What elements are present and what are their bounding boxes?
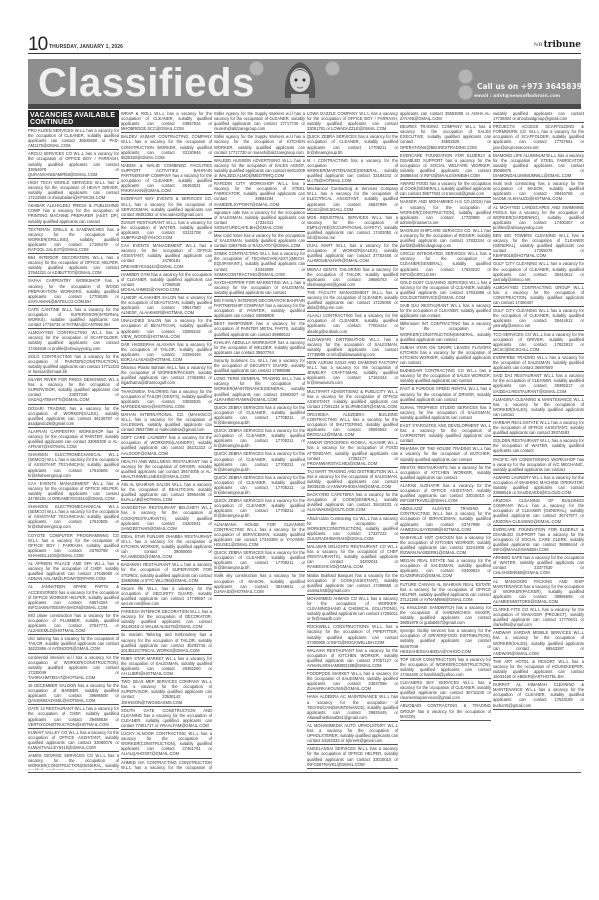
classified-ad: AIN AL BAHRAIN SALON W.L.L has a vacancy… (121, 481, 212, 504)
classified-ad: MOHAMMED AHMADI CO W.L.L has a vacancy f… (307, 595, 398, 623)
classified-ad: SUBAH STAR ON GRAPE LEAVES FLAVORS KITCH… (400, 344, 491, 367)
classified-ad: ALNAMANA HOUSE FOR CLEANING CONTRACTING … (214, 521, 305, 549)
classified-ad: QUICK ZEBRA SERVICES has a vacancy for t… (214, 474, 305, 497)
classified-ad: ALMOAYYED CONTRACTING GROUP W.L.L has a … (493, 284, 584, 307)
classifieds-banner: Classifieds Call us on +973 36458394 ema… (28, 59, 581, 106)
classified-ad: AL MOHAMMEDIA AUTO UPHOLSTERY W.L.L has … (307, 722, 398, 745)
ad-list: suitably qualified applicants can contac… (493, 110, 584, 710)
classified-ad: RAFEDIN CITY WORKSHOP W.L.L has a vacanc… (214, 180, 305, 208)
phone-number: Call us on +973 36458394 (477, 82, 581, 91)
classified-ad: AL AFREEN PALACE AND SPA W.L.L has a vac… (28, 560, 119, 583)
classified-ad: SAFAA CARPENTRY WORKSHOP has a vacancy f… (28, 277, 119, 305)
classified-ad: HEALTH AND WELLNESS RESTAURANT has a vac… (121, 458, 212, 481)
classified-ad: AHMED ISA CONTRACTING CONSTRUCTION W.L.L… (121, 759, 212, 771)
classified-ad: multi tech contracting has a vacancy for… (493, 180, 584, 203)
classified-ad: WALEED HUSSEIN ADVERTISING W.L.L has a v… (214, 157, 305, 180)
classified-ad: SAID DAJ RESTAURANT W.L.L has a vacancy … (493, 372, 584, 395)
ad-list: LOWA DAZZLE COMPANY W.L.L has a vacancy … (307, 110, 398, 770)
column-3: Stiller Agency for the Supply Workers w.… (214, 110, 305, 770)
classified-ad: JAMES GEORGE SERVICES CO W.L.L has a vac… (28, 752, 119, 770)
classified-ad: AL KHULDAEI SANDWITCH has a vacancy for … (400, 604, 491, 627)
classified-ad: DIAMOND LIFE ALUMINUM W.L.L has a vacanc… (493, 152, 584, 180)
classified-ad: PACIFIC AIR CONDITIONING WORKSHOP has a … (493, 456, 584, 474)
tribune-logo: NBtribune (534, 40, 581, 50)
classified-ad: M I CONTRACTING has a vacancy for the oc… (307, 157, 398, 185)
classified-ad: continental interiors w.l.l has a vacanc… (28, 654, 119, 682)
classified-ad: QUICK ZEBRA SERVICES has a vacancy for t… (214, 450, 305, 473)
classified-ad: GOLD DUST CLEANING SERVICES W.L.L has a … (400, 279, 491, 302)
ad-list: applicants can contact 35552809 or AISHA… (400, 110, 491, 721)
classified-ad: DURRAT AL HIMAMAH CLEANING & MAINTENANCE… (493, 681, 584, 709)
mail-icon (249, 61, 264, 76)
classified-ad: SILVER RIVER FOR RINGS DESIGNING W.L.L h… (28, 376, 119, 404)
logo-text: tribune (544, 40, 581, 50)
classified-ad: PRO KLEEN SERVICES W.L.L has a vacancy f… (28, 127, 119, 150)
classified-ad: applicants can contact 35552809 or AISHA… (400, 110, 491, 123)
classified-ad: NASSER AND MOHAMMED H.S CO.(2015) has a … (400, 198, 491, 226)
classified-ad: FAST & FURIOUS SPEED RENTAL W.L.L has a … (400, 385, 491, 403)
classified-ad: TWO SEAS MEP SERVICES COMPANY W.L.L has … (121, 678, 212, 706)
section-heading: VACANCIES AVAILABLE CONTINUED (28, 110, 119, 127)
classifieds-columns: VACANCIES AVAILABLE CONTINUED PRO KLEEN … (28, 110, 581, 770)
classified-ad: COYOTE COMPUTER PROGRAMMING CO W.L.L has… (28, 532, 119, 560)
bottom-divider (28, 772, 581, 773)
classified-ad: SOLO CONTRACTING has a vacancy for the o… (28, 353, 119, 376)
classified-ad: TOP GEAR CONSTRUCTION has a vacancy for … (400, 656, 491, 679)
classified-ad: THE ART HOTEL & RESORT W.L.L has a vacan… (493, 658, 584, 681)
classified-ad: SUHAIL TROPHIES STUDIO SERVICES has a va… (400, 404, 491, 422)
chat-icon (458, 69, 473, 84)
classified-ad: GOLDEN RESTAURANT W.L.L has a vacancy fo… (493, 437, 584, 455)
classified-ad: ABUOBAID CONTRACTING & TRADING GROUP has… (400, 702, 491, 720)
classified-ad: MALABAR DELIGHTS RESTAURANT CO W.L.L has… (307, 543, 398, 571)
classified-ad: TAJ MART TRADING AND DISTRIBUTION W.L.L … (307, 468, 398, 491)
classified-ad: QUICK ZEBRA SERVICES has a vacancy for t… (214, 549, 305, 572)
classified-ad: Dhamco Plastic Bahrain W.L.L has a vacan… (121, 364, 212, 387)
classified-ad: Security Solutions Co. W.L.L has a vacan… (214, 357, 305, 375)
classified-ad: TEXTERAN GRILLS & SANDWICHES has a vacan… (28, 226, 119, 254)
email-address: email : advt@newsofbahrain.com (474, 94, 560, 99)
classified-ad: Mechanical Contracting & Services Compan… (307, 185, 398, 213)
classified-ad: EVERFREE TRADING W.L.L has a vacancy for… (493, 354, 584, 372)
classified-ad: HARBAR REAL ESTATE W.L.L has a vacancy f… (493, 419, 584, 437)
classified-ad: NASHVILLE HOT CHICKEN has a vacancy for … (400, 534, 491, 557)
classified-ad: BIG FAMILY INTERIOR DECORATION BAHRAIN P… (214, 297, 305, 320)
section-title-line1: VACANCIES AVAILABLE (30, 112, 117, 119)
classified-ad: MULTIPART ADVERTISING & PUBLICITY W.L.L … (307, 388, 398, 411)
classified-ad: SHAHEEN ELECTROMECHANICAL W.L.L (SEMCO) … (28, 503, 119, 531)
classified-ad: GULF CITY CLEANING W.L.L has a vacancy f… (493, 260, 584, 283)
classified-ad: THAKOWEIA TAILORING has a vacancy for th… (121, 388, 212, 411)
classified-ad: PROJECTS ACCESS SCAFFOLDING & FORMWORK C… (493, 123, 584, 151)
classified-ad: BEN EID TOWERS CLEANING W.L.L has a vaca… (493, 232, 584, 260)
classified-ad: BACKYARD CAFETERIA has a vacancy for the… (307, 491, 398, 514)
classified-ad: QUICK ZEBRA SERVICES has a vacancy for t… (214, 497, 305, 520)
classified-ad: TCO SERVICES CO W.L.L has a vacancy for … (493, 331, 584, 354)
column-2: WRAP & ROLL W.L.L has a vacancy for the … (121, 110, 212, 770)
classified-ad: ABDULAZIZ ALSAYED TRADING & CONTRACTING … (400, 505, 491, 533)
classified-ad: signature cafe has a vacancy for the occ… (214, 209, 305, 232)
classified-ad: chic tailoring has a vacancy for the occ… (28, 635, 119, 653)
classified-ad: CAA EVENTS MANAGEMENT W.L.L has a vacanc… (28, 480, 119, 503)
classified-ad: ALWARD LAUNDRY W.L.L has a vacancy for t… (493, 474, 584, 497)
classified-ad: MAHAN INTERNATIONAL CO. (MAHANCO) W.L.L … (121, 411, 212, 434)
page-header: 10 THURSDAY, JANUARY 1, 2026 NBtribune (28, 36, 581, 54)
classified-ad: ROCKWELL CONSTRUCTIONS W.L.L has a vacan… (307, 623, 398, 646)
classified-ad: SAIB DAJ RESTAURANT W.L.L has a vacancy … (400, 302, 491, 320)
classified-ad: WESTIX RESTAURANTS has a vacancy for the… (400, 464, 491, 482)
classified-ad: HIGH TECH WORLD SERVICES W.L.L has a vac… (28, 179, 119, 202)
classified-ad: Mallas Bukhaid Banquet has a vacancy for… (307, 572, 398, 595)
classified-ad: Secure life W.L.L has a vacancy for the … (121, 585, 212, 608)
classified-ad: BUDIEDAIR CONTRACTING CO W.L.L has a vac… (400, 367, 491, 385)
classified-ad: ANDWAR SARDAR MOBILE SERVICES W.L.L has … (493, 629, 584, 657)
classified-ad: CLEANERS BAY SERVICES W.L.L has a vacanc… (400, 679, 491, 702)
column-5: applicants can contact 35552809 or AISHA… (400, 110, 491, 770)
classified-ad: ALMADINA CLEANING & MAINTENANCE W.L.L ha… (493, 396, 584, 419)
classified-ad: ALDAWSARI DISTRIBUTION W.L.L has a vacan… (307, 336, 398, 359)
classified-ad: suitably qualified applicants can contac… (493, 110, 584, 123)
classified-ad: CIRCLE INTEGRATED SERVICES W.L.L has a v… (400, 250, 491, 278)
classified-ad: SHAHEEN ELECTROMECHANICAL W.L.L (SEMCO) … (28, 451, 119, 479)
column-1: VACANCIES AVAILABLE CONTINUED PRO KLEEN … (28, 110, 119, 770)
classified-ad: AKHBAR ALKHALEEJ PRESS & PUBLISHING COMP… (28, 202, 119, 225)
classified-ad: ALARAB ALDHAFIR has a vacancy for the oc… (400, 482, 491, 505)
classified-ad: ZUHUR RESTAURANT W.L.L has a vacancy for… (121, 219, 212, 242)
classified-ad: AWARD FOOD has a vacancy for the occupat… (400, 180, 491, 198)
classified-ad: HANA ALDEERA AC MAINTENANCE W.L.L has a … (307, 693, 398, 721)
classified-ad: ARHEBO SAFE has a vacancy for the occupa… (493, 554, 584, 577)
publication-date: THURSDAY, JANUARY 1, 2026 (49, 44, 123, 50)
classified-ad: AROUJ SERVICES CO W.L.L has a vacancy fo… (28, 150, 119, 178)
classified-ad: BEUREX TRADING COMPANY W.L.L has a vacan… (400, 123, 491, 151)
classified-ad: ANGELANSAI SERVICES W.L.L has a vacancy … (307, 745, 398, 768)
classified-ad: EAST STARGATES AND DEVELOPMENT W.L.L has… (400, 422, 491, 445)
classified-ad: BALDEV KUMAR CONTRACTING COMPANY W.L.L h… (121, 133, 212, 161)
banner-divider (28, 104, 581, 109)
column-6: suitably qualified applicants can contac… (493, 110, 584, 770)
classified-ad: ALMOAYYED CONTRACTING W.L.L has a vacanc… (28, 329, 119, 352)
classified-ad: RIHANNA OF THE HOUSE TRADING W.L.L has a… (400, 445, 491, 463)
banner-title: Classifieds (38, 61, 255, 106)
classified-ad: WALAIHA RESTAURANT has a vacancy for the… (307, 647, 398, 670)
classified-ad: THE FACILITY MANAGEMENT W.L.L has a vaca… (307, 289, 398, 312)
classified-ad: ORCHIDEA ALEZEBRA BUILDING CONTRACTING W… (307, 411, 398, 439)
classified-ad: MERAJ GENTS TAILORING has a vacancy for … (307, 266, 398, 289)
agent-illustration-icon (281, 59, 319, 106)
classified-ad: Afradi Udan Contracting Co W.L.L has a v… (307, 515, 398, 543)
classified-ad: DOSARI TRADING has a vacancy for the occ… (28, 405, 119, 428)
classified-ad: Stiller Agency for the Supply Workers w.… (214, 110, 305, 133)
classified-ad: AL MOAYYED LANDSCAPES AND SWIMMING POOLS… (493, 204, 584, 232)
classified-ad: ANWAR GROCERIES KIOSKA, ALHAMR W.L.L has… (307, 439, 398, 467)
ad-list: WRAP & ROLL W.L.L has a vacancy for the … (121, 110, 212, 770)
classified-ad: LUCKY ALNOOR CONTRACTING W.L.L has a vac… (121, 730, 212, 758)
classified-ad: ALAALI CONTRACTING has a vacancy for the… (307, 312, 398, 335)
classified-ad: MEGAN REAL ESTATE has a vacancy for the … (400, 557, 491, 580)
classified-ad: GULF CITY CLEANING W.L.L has a vacancy f… (493, 307, 584, 330)
ad-list: Stiller Agency for the Supply Workers w.… (214, 110, 305, 596)
classified-ad: LOWA DAZZLE COMPANY W.L.L has a vacancy … (307, 110, 398, 133)
phone-icon (325, 61, 340, 76)
classified-ad: EVERCARE FOUNDATION FOR ELDERLY & DISABL… (493, 526, 584, 554)
classified-ad: NAEEM & WALID COMBINED FACILITIES SUPPOR… (121, 162, 212, 196)
classified-ad: synergic facility services has a vacancy… (400, 627, 491, 655)
classified-ad: BADAMAH RESTAURANT W.L.L has a vacancy f… (121, 561, 212, 584)
classified-ad: KUWAIT VALLEY CO W.L.L has a vacancy for… (28, 729, 119, 752)
classified-ad: ALNESF ALAAKHER SALON has a vacancy for … (121, 294, 212, 317)
classified-ad: Ilo mariam Tailoring and Embroidery has … (121, 631, 212, 654)
classified-ad: MOS INDUSTRIAL SERVICES W.L.L has a vaca… (307, 214, 398, 242)
classified-ad: RUBY STAR MARKET W.L.L has a vacancy for… (121, 655, 212, 678)
column-4: LOWA DAZZLE COMPANY W.L.L has a vacancy … (307, 110, 398, 770)
classified-ad: Millennium INT CONTRACTING has a vacancy… (400, 320, 491, 343)
classified-ad: LONG TERM GENERAL TRADING W.L.L has a va… (214, 375, 305, 403)
classified-ad: 16 DECEMBER SALOON has a vacancy for the… (28, 682, 119, 705)
classified-ad: GATE 12 RESTAURANT W.L.L has a vacancy f… (28, 705, 119, 728)
classified-ad: ARIZONA CLEANING OF BUILDINGS COMPANY W.… (493, 497, 584, 525)
classified-ad: FOODPODS MARKET W.L.L has a vacancy for … (307, 670, 398, 693)
classified-ad: Stiller Agency for the Supply Workers w.… (214, 133, 305, 156)
classified-ad: B64 INTERIOR DECORATION W.L.L has a vaca… (28, 254, 119, 277)
classified-ad: DAR AL WALAH FASHION has a vacancy for t… (307, 769, 398, 770)
classified-ad: SOUTH GATE CONSTRUCTION AND CLEANING has… (121, 707, 212, 730)
classified-ad: UNALADIES SALON has a vacancy for the oc… (121, 317, 212, 340)
classified-ad: SAYDI-HOPPER FOR MARKETING W.L.L has a v… (214, 279, 305, 297)
classified-ad: SOMIK CONTRACTING W.L.L has a vacancy fo… (214, 250, 305, 278)
classified-ad: CAFE CANTINE W.L.L has a vacancy for the… (28, 306, 119, 329)
classified-ad: SOFT CARE LAUNDRY has a vacancy for the … (121, 434, 212, 457)
classified-ad: DUAL MART W.L.L has a vacancy for the oc… (307, 242, 398, 265)
classified-ad: BEST MANPOWER has a vacancy for the occu… (214, 320, 305, 338)
classified-ad: HAMMER GYM has a vacancy for the occupat… (121, 271, 212, 294)
classified-ad: QUICK ZEBRA SERVICES has a vacancy for t… (214, 404, 305, 427)
classified-ad: IDEAL STAR FUNJARI DHABBA RESTAURANT W.L… (121, 533, 212, 561)
page-number: 10 (28, 34, 47, 56)
classified-ad: MAGNUM SHIPCARE SERVICES CO. W.L.L has a… (400, 227, 491, 250)
classified-ad: SANGEETHA RESTAURANT BELGHETI W.L.L has … (121, 504, 212, 532)
classified-ad: FUTURE CANVAS AL BAHRAIN REAL ESTATE has… (400, 581, 491, 604)
classified-ad: EVERCARE FOUNDATION FOR ELDERLY & DISABL… (400, 152, 491, 180)
classified-ad: AL MANSOORI PACKING AND SHIP MAINTENANCE… (493, 578, 584, 606)
ad-list: PRO KLEEN SERVICES W.L.L has a vacancy f… (28, 127, 119, 770)
section-title-line2: CONTINUED (30, 119, 117, 126)
classified-ad: ALAFRAN CARPENTRY WORKSHOP has a vacancy… (28, 428, 119, 451)
classified-ad: CAA EVENTS MANAGEMENT W.L.L has a vacanc… (121, 242, 212, 270)
classified-ad: EVERFAST WAY EVENTS & SERVICES CO. W.L.L… (121, 195, 212, 218)
classified-ad: QUICK ZEBRA SERVICES has a vacancy for t… (307, 133, 398, 156)
classified-ad: CLARKE FITS CO W.L.L has a vacancy for t… (493, 606, 584, 629)
classified-ad: mfd plane construction has a vacancy for… (28, 612, 119, 635)
classified-ad: KHALIFA ABDULLA WORKSHOP has a vacancy f… (214, 339, 305, 357)
classified-ad: QUICK ZEBRA SERVICES has a vacancy for t… (214, 427, 305, 450)
classified-ad: WRAP & ROLL W.L.L has a vacancy for the … (121, 110, 212, 133)
classified-ad: AL JANNATEEN SPARE PARTS & ACCESSORIES h… (28, 583, 119, 611)
globe-icon (458, 85, 473, 100)
classified-ad: Max Cold Store has a vacancy for the occ… (214, 232, 305, 250)
classified-ad: DAR HADEERAH ALASANA has a vacancy for t… (121, 341, 212, 364)
logo-mark-icon: NB (534, 42, 543, 48)
classified-ad: FAREESA INTERIOR DECORATION W.L.L has a … (121, 608, 212, 631)
classified-ad: NEW AURUM GOLD AND DIAMOND FACTORY W.L.L… (307, 359, 398, 387)
classified-ad: malik sky construction has a vacancy for… (214, 572, 305, 595)
